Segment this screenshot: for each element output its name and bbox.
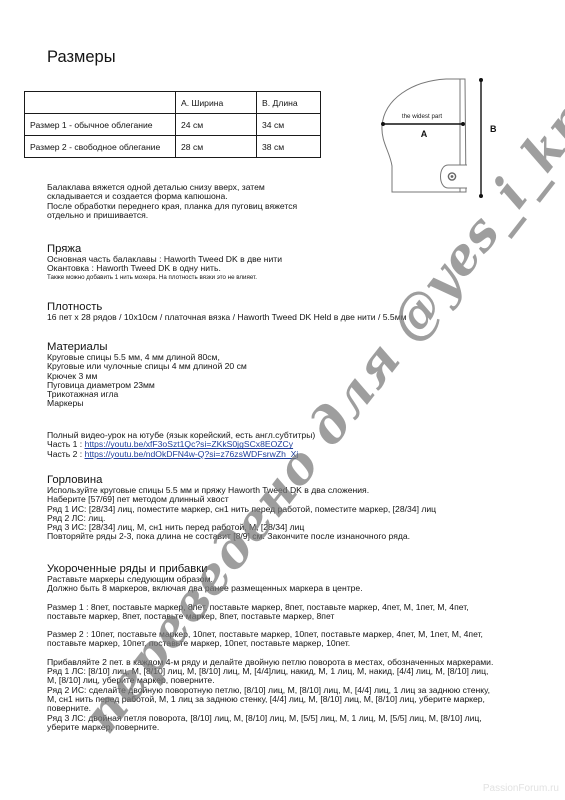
row-instruction: Ряд 2 ИС: сделайте двойную поворотную пе… bbox=[47, 686, 497, 714]
video-link-part-2[interactable]: https://youtu.be/ndOkDFN4w-Q?si=z76zsWDF… bbox=[85, 449, 299, 459]
table-cell: 24 см bbox=[176, 114, 257, 136]
gauge-section: Плотность 16 пет x 28 рядов / 10x10см / … bbox=[47, 301, 547, 322]
table-cell: 38 см bbox=[257, 136, 321, 158]
table-header-row: A. Ширина B. Длина bbox=[25, 92, 321, 114]
size-table: A. Ширина B. Длина Размер 1 - обычное об… bbox=[24, 91, 321, 158]
neck-section: Горловина Используйте круговые спицы 5.5… bbox=[47, 474, 547, 542]
intro-text: Балаклава вяжется одной деталью снизу вв… bbox=[47, 183, 547, 220]
table-cell: Размер 2 - свободное облегание bbox=[25, 136, 176, 158]
materials-section: Материалы Круговые спицы 5.5 мм, 4 мм дл… bbox=[47, 341, 547, 409]
table-row: Размер 2 - свободное облегание 28 см 38 … bbox=[25, 136, 321, 158]
table-row: Размер 1 - обычное облегание 24 см 34 см bbox=[25, 114, 321, 136]
row-instruction: Ряд 1 ЛС: [8/10] лиц, М, [8/10] лиц, М, … bbox=[47, 667, 497, 686]
table-header-cell bbox=[25, 92, 176, 114]
table-header-cell: A. Ширина bbox=[176, 92, 257, 114]
short-rows-section: Укороченные ряды и прибавки Раставьте ма… bbox=[47, 563, 497, 732]
row-instruction: Ряд 3 ЛС: двойная петля поворота, [8/10]… bbox=[47, 714, 497, 733]
table-cell: 34 см bbox=[257, 114, 321, 136]
size-1-markers: Размер 1 : 8пет, поставьте маркер, 8пет,… bbox=[47, 603, 497, 622]
list-item: Маркеры bbox=[47, 399, 547, 408]
list-item: Трикотажная игла bbox=[47, 390, 547, 399]
page-title: Размеры bbox=[47, 48, 116, 67]
yarn-note: Также можно добавить 1 нить мохера. На п… bbox=[47, 274, 547, 282]
list-item: Пуговица диаметром 23мм bbox=[47, 381, 547, 390]
balaclava-diagram: the widest part A B bbox=[372, 74, 502, 200]
table-cell: 28 см bbox=[176, 136, 257, 158]
b-label: B bbox=[490, 124, 497, 134]
widest-part-label: the widest part bbox=[402, 113, 443, 120]
table-header-cell: B. Длина bbox=[257, 92, 321, 114]
site-watermark: PassionForum.ru bbox=[483, 783, 559, 794]
video-section: Полный видео-урок на ютубе (язык корейск… bbox=[47, 431, 547, 459]
table-cell: Размер 1 - обычное облегание bbox=[25, 114, 176, 136]
yarn-section: Пряжа Основная часть балаклавы : Haworth… bbox=[47, 243, 547, 282]
list-item: Круговые или чулочные спицы 4 мм длиной … bbox=[47, 362, 547, 371]
size-2-markers: Размер 2 : 10пет, поставьте маркер, 10пе… bbox=[47, 630, 497, 649]
a-label: A bbox=[421, 129, 428, 139]
